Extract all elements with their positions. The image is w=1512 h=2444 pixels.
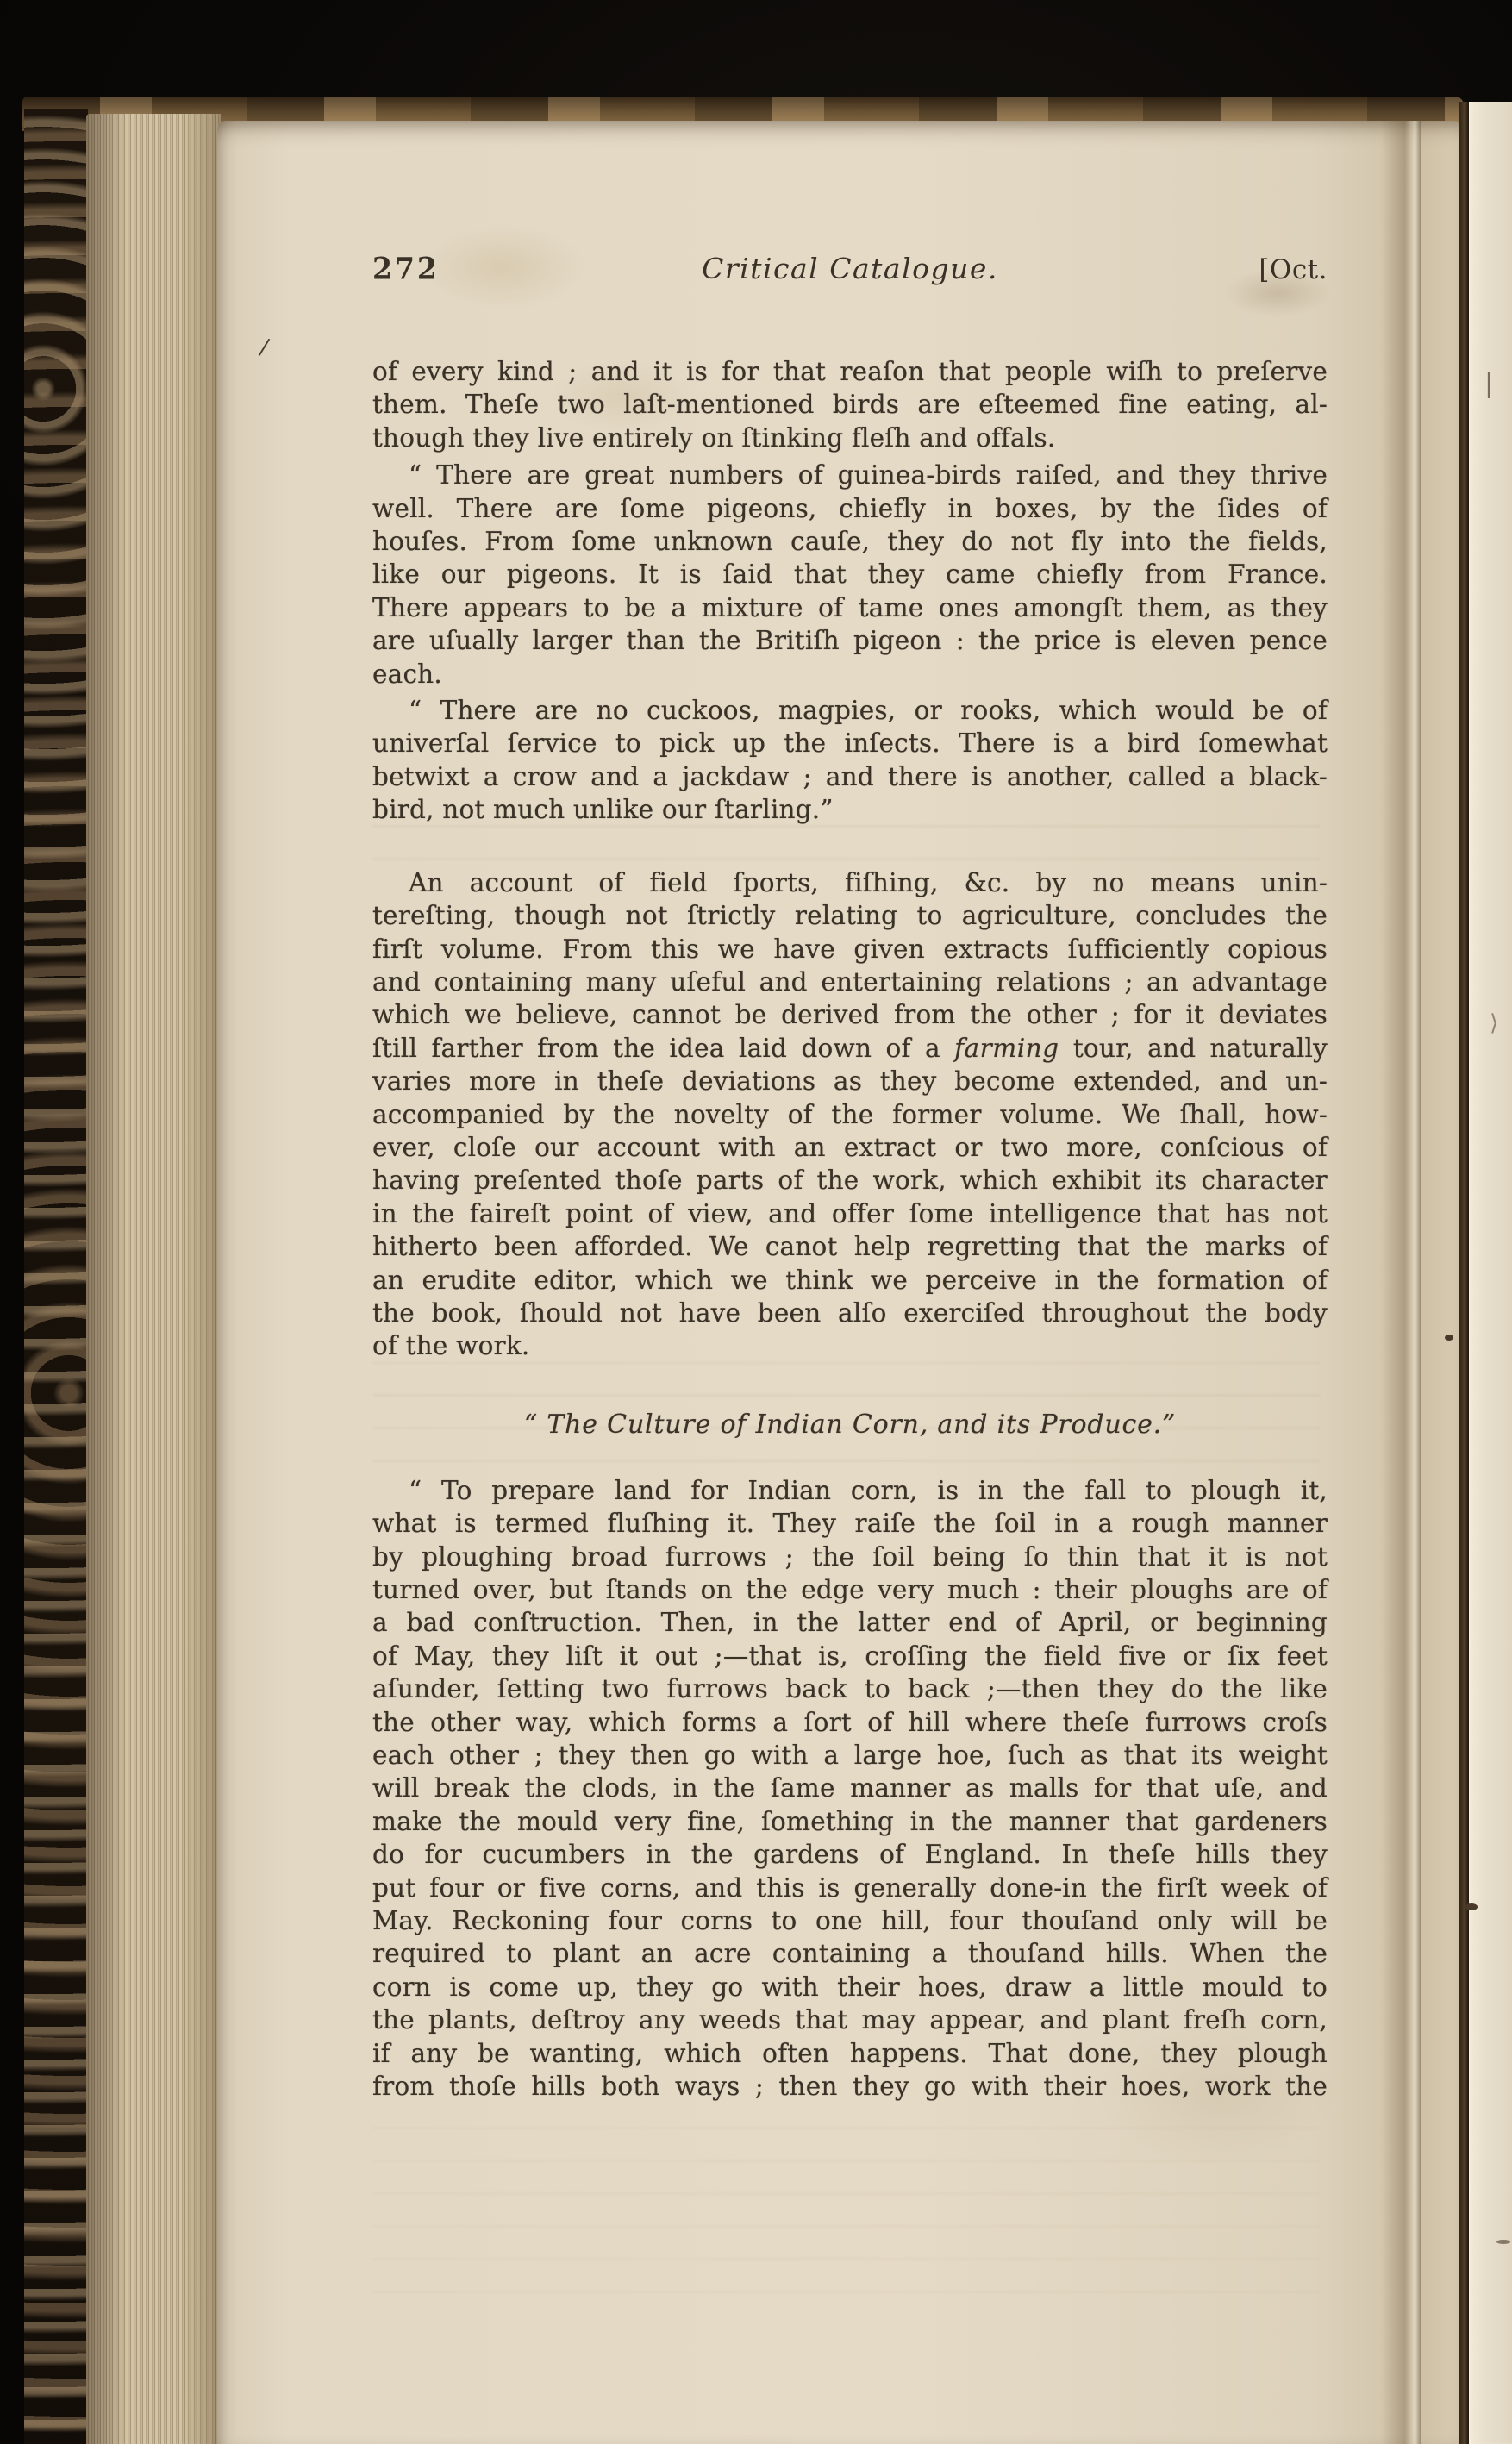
facing-page-edge xyxy=(1469,102,1512,2444)
text-line: May. Reckoning four corns to one hill, f… xyxy=(372,1904,1328,1937)
text-line: a bad conſtruction. Then, in the latter … xyxy=(372,1606,1328,1639)
text-line: accompanied by the novelty of the former… xyxy=(372,1098,1328,1131)
text-line: the plants, deſtroy any weeds that may a… xyxy=(372,2003,1328,2036)
text-line: make the mould very fine, ſomething in t… xyxy=(372,1805,1328,1838)
gutter-crease-shadow xyxy=(1381,121,1421,2444)
text-line: will break the clods, in the ſame manner… xyxy=(372,1772,1328,1804)
text-line: the book, ſhould not have been alſo exer… xyxy=(372,1297,1328,1329)
text-line: There appears to be a mixture of tame on… xyxy=(372,591,1328,624)
text-line: though they live entirely on ſtinking fl… xyxy=(372,422,1328,454)
text-line: turned over, but ſtands on the edge very… xyxy=(372,1573,1328,1606)
section-heading: “ The Culture of Indian Corn, and its Pr… xyxy=(372,1410,1328,1446)
text-line: “ There are no cuckoos, magpies, or rook… xyxy=(372,694,1328,727)
text-line: are uſually larger than the Britiſh pige… xyxy=(372,624,1328,657)
page-speck xyxy=(1465,1903,1478,1910)
text-line: ever, cloſe our account with an extract … xyxy=(372,1131,1328,1164)
text-line: An account of field ſports, fiſhing, &c.… xyxy=(372,866,1328,899)
page-speck xyxy=(1496,2240,1510,2244)
text-line: corn is come up, they go with their hoes… xyxy=(372,1971,1328,2003)
text-line: of every kind ; and it is for that reaſo… xyxy=(372,355,1328,388)
text-line: if any be wanting, which often happens. … xyxy=(372,2037,1328,2070)
text-line: well. There are ſome pigeons, chiefly in… xyxy=(372,492,1328,525)
running-title: Critical Catalogue. xyxy=(702,252,998,285)
running-header: 272 Critical Catalogue. [Oct. xyxy=(372,252,1328,291)
page-stack-fore-edge xyxy=(86,114,221,2444)
text-line: having preſented thoſe parts of the work… xyxy=(372,1164,1328,1197)
page-number: 272 xyxy=(372,251,702,286)
text-line: bird, not much unlike our ſtarling.” xyxy=(372,793,1328,826)
text-line: houſes. From ſome unknown cauſe, they do… xyxy=(372,525,1328,558)
text-line: univerſal ſervice to pick up the inſects… xyxy=(372,727,1328,759)
text-line: from thoſe hills both ways ; then they g… xyxy=(372,2070,1328,2103)
text-line: “ To prepare land for Indian corn, is in… xyxy=(372,1474,1328,1507)
text-line: do for cucumbers in the gardens of Engla… xyxy=(372,1838,1328,1871)
text-line: what is termed fluſhing it. They raiſe t… xyxy=(372,1507,1328,1540)
paragraph: “ There are great numbers of guinea-bird… xyxy=(372,459,1328,691)
marbled-cover-edge xyxy=(24,109,88,2444)
ink-mark: | xyxy=(1484,369,1493,399)
text-line: by ploughing broad furrows ; the ſoil be… xyxy=(372,1541,1328,1573)
text-line: aſunder, ſetting two furrows back to bac… xyxy=(372,1672,1328,1705)
paragraph: “ To prepare land for Indian corn, is in… xyxy=(372,1474,1328,2103)
text-line: of the work. xyxy=(372,1329,1328,1362)
text-line: required to plant an acre containing a t… xyxy=(372,1937,1328,1970)
book-page: 272 Critical Catalogue. [Oct. of every k… xyxy=(217,121,1459,2444)
text-line: betwixt a crow and a jackdaw ; and there… xyxy=(372,760,1328,793)
text-line: an erudite editor, which we think we per… xyxy=(372,1264,1328,1297)
text-line: in the faireſt point of view, and offer … xyxy=(372,1197,1328,1230)
text-line: hitherto been afforded. We canot help re… xyxy=(372,1230,1328,1263)
paragraph: An account of field ſports, fiſhing, &c.… xyxy=(372,866,1328,1363)
text-line: each. xyxy=(372,658,1328,691)
text-line: which we believe, cannot be derived from… xyxy=(372,998,1328,1031)
text-line: and containing many uſeful and entertain… xyxy=(372,966,1328,998)
text-line: tereſting, though not ſtrictly relating … xyxy=(372,899,1328,932)
ink-mark: ⟩ xyxy=(1490,1010,1498,1036)
text-line: of May, they liſt it out ;—that is, croſ… xyxy=(372,1640,1328,1672)
text-line: firſt volume. From this we have given ex… xyxy=(372,933,1328,966)
page-speck xyxy=(1445,1335,1453,1341)
text-line: ſtill farther from the idea laid down of… xyxy=(372,1032,1328,1065)
printed-text-block: 272 Critical Catalogue. [Oct. of every k… xyxy=(372,121,1328,2103)
text-line: put four or five corns, and this is gene… xyxy=(372,1872,1328,1904)
text-line: each other ; they then go with a large h… xyxy=(372,1739,1328,1772)
photo-background: 272 Critical Catalogue. [Oct. of every k… xyxy=(0,0,1512,2444)
text-line: “ There are great numbers of guinea-bird… xyxy=(372,459,1328,491)
text-line: varies more in theſe deviations as they … xyxy=(372,1065,1328,1097)
paragraph: “ There are no cuckoos, magpies, or rook… xyxy=(372,694,1328,827)
show-through-text xyxy=(372,2121,1321,2293)
text-line: the other way, which forms a ſort of hil… xyxy=(372,1706,1328,1739)
text-line: them. Theſe two laſt-mentioned birds are… xyxy=(372,388,1328,421)
paragraph: of every kind ; and it is for that reaſo… xyxy=(372,355,1328,454)
issue-date-label: [Oct. xyxy=(998,254,1328,285)
page-gutter-gap xyxy=(1459,102,1469,2444)
text-line: like our pigeons. It is ſaid that they c… xyxy=(372,558,1328,591)
